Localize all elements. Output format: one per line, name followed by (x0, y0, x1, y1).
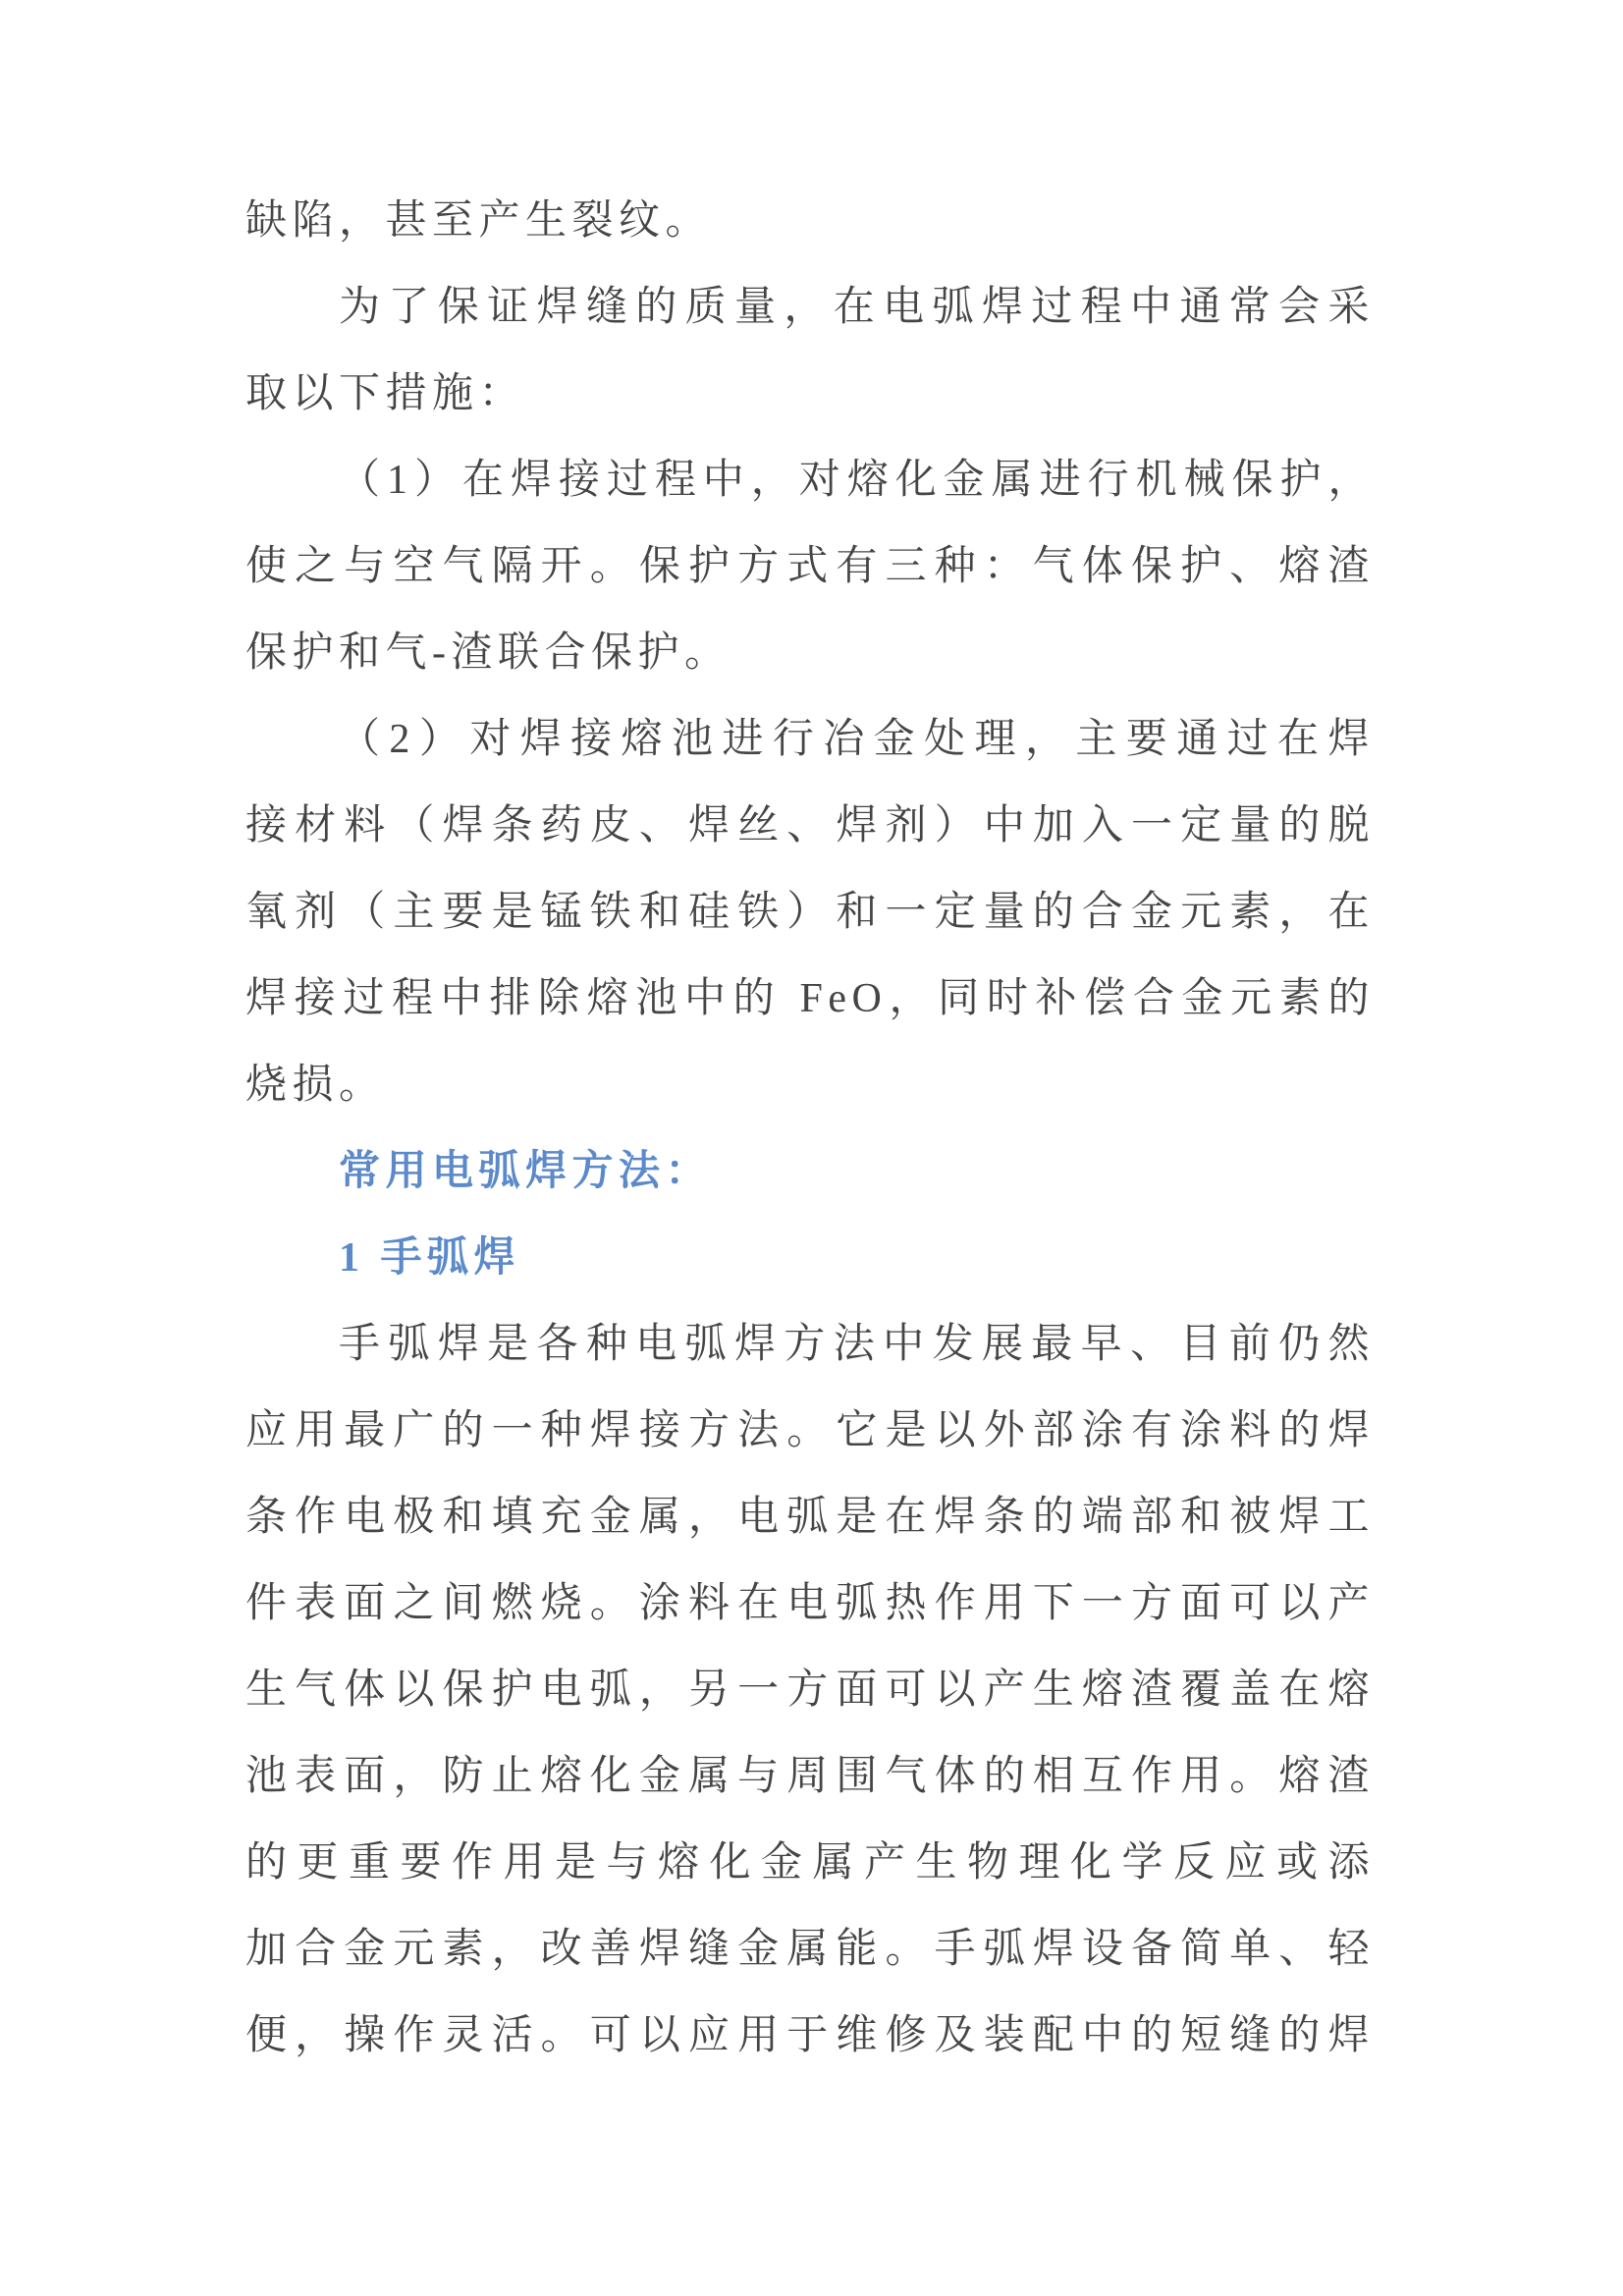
paragraph-line: 条作电极和填充金属，电弧是在焊条的端部和被焊工 (245, 1474, 1375, 1560)
paragraph-line: 便，操作灵活。可以应用于维修及装配中的短缝的焊 (245, 1993, 1375, 2079)
paragraph-line: （1）在焊接过程中，对熔化金属进行机械保护， (245, 437, 1375, 523)
paragraph-line: 的更重要作用是与熔化金属产生物理化学反应或添 (245, 1820, 1375, 1906)
paragraph-line: 烧损。 (245, 1042, 1375, 1128)
paragraph-line: 件表面之间燃烧。涂料在电弧热作用下一方面可以产 (245, 1560, 1375, 1647)
document-page: 缺陷，甚至产生裂纹。为了保证焊缝的质量，在电弧焊过程中通常会采取以下措施：（1）… (0, 0, 1623, 2296)
paragraph-line: 取以下措施： (245, 351, 1375, 437)
text-column: 缺陷，甚至产生裂纹。为了保证焊缝的质量，在电弧焊过程中通常会采取以下措施：（1）… (245, 178, 1375, 2079)
paragraph-line: 池表面，防止熔化金属与周围气体的相互作用。熔渣 (245, 1733, 1375, 1820)
paragraph-line: 为了保证焊缝的质量，在电弧焊过程中通常会采 (245, 264, 1375, 351)
paragraph-line: 缺陷，甚至产生裂纹。 (245, 178, 1375, 264)
paragraph-line: 手弧焊是各种电弧焊方法中发展最早、目前仍然 (245, 1301, 1375, 1388)
section-heading: 1 手弧焊 (245, 1215, 1375, 1301)
paragraph-line: 氧剂（主要是锰铁和硅铁）和一定量的合金元素，在 (245, 869, 1375, 956)
paragraph-line: 焊接过程中排除熔池中的 FeO，同时补偿合金元素的 (245, 956, 1375, 1042)
paragraph-line: （2）对焊接熔池进行冶金处理，主要通过在焊 (245, 696, 1375, 783)
section-heading: 常用电弧焊方法： (245, 1128, 1375, 1215)
paragraph-line: 保护和气-渣联合保护。 (245, 610, 1375, 696)
paragraph-line: 加合金元素，改善焊缝金属能。手弧焊设备简单、轻 (245, 1906, 1375, 1993)
paragraph-line: 生气体以保护电弧，另一方面可以产生熔渣覆盖在熔 (245, 1647, 1375, 1733)
paragraph-line: 使之与空气隔开。保护方式有三种：气体保护、熔渣 (245, 523, 1375, 610)
paragraph-line: 应用最广的一种焊接方法。它是以外部涂有涂料的焊 (245, 1388, 1375, 1474)
paragraph-line: 接材料（焊条药皮、焊丝、焊剂）中加入一定量的脱 (245, 783, 1375, 869)
